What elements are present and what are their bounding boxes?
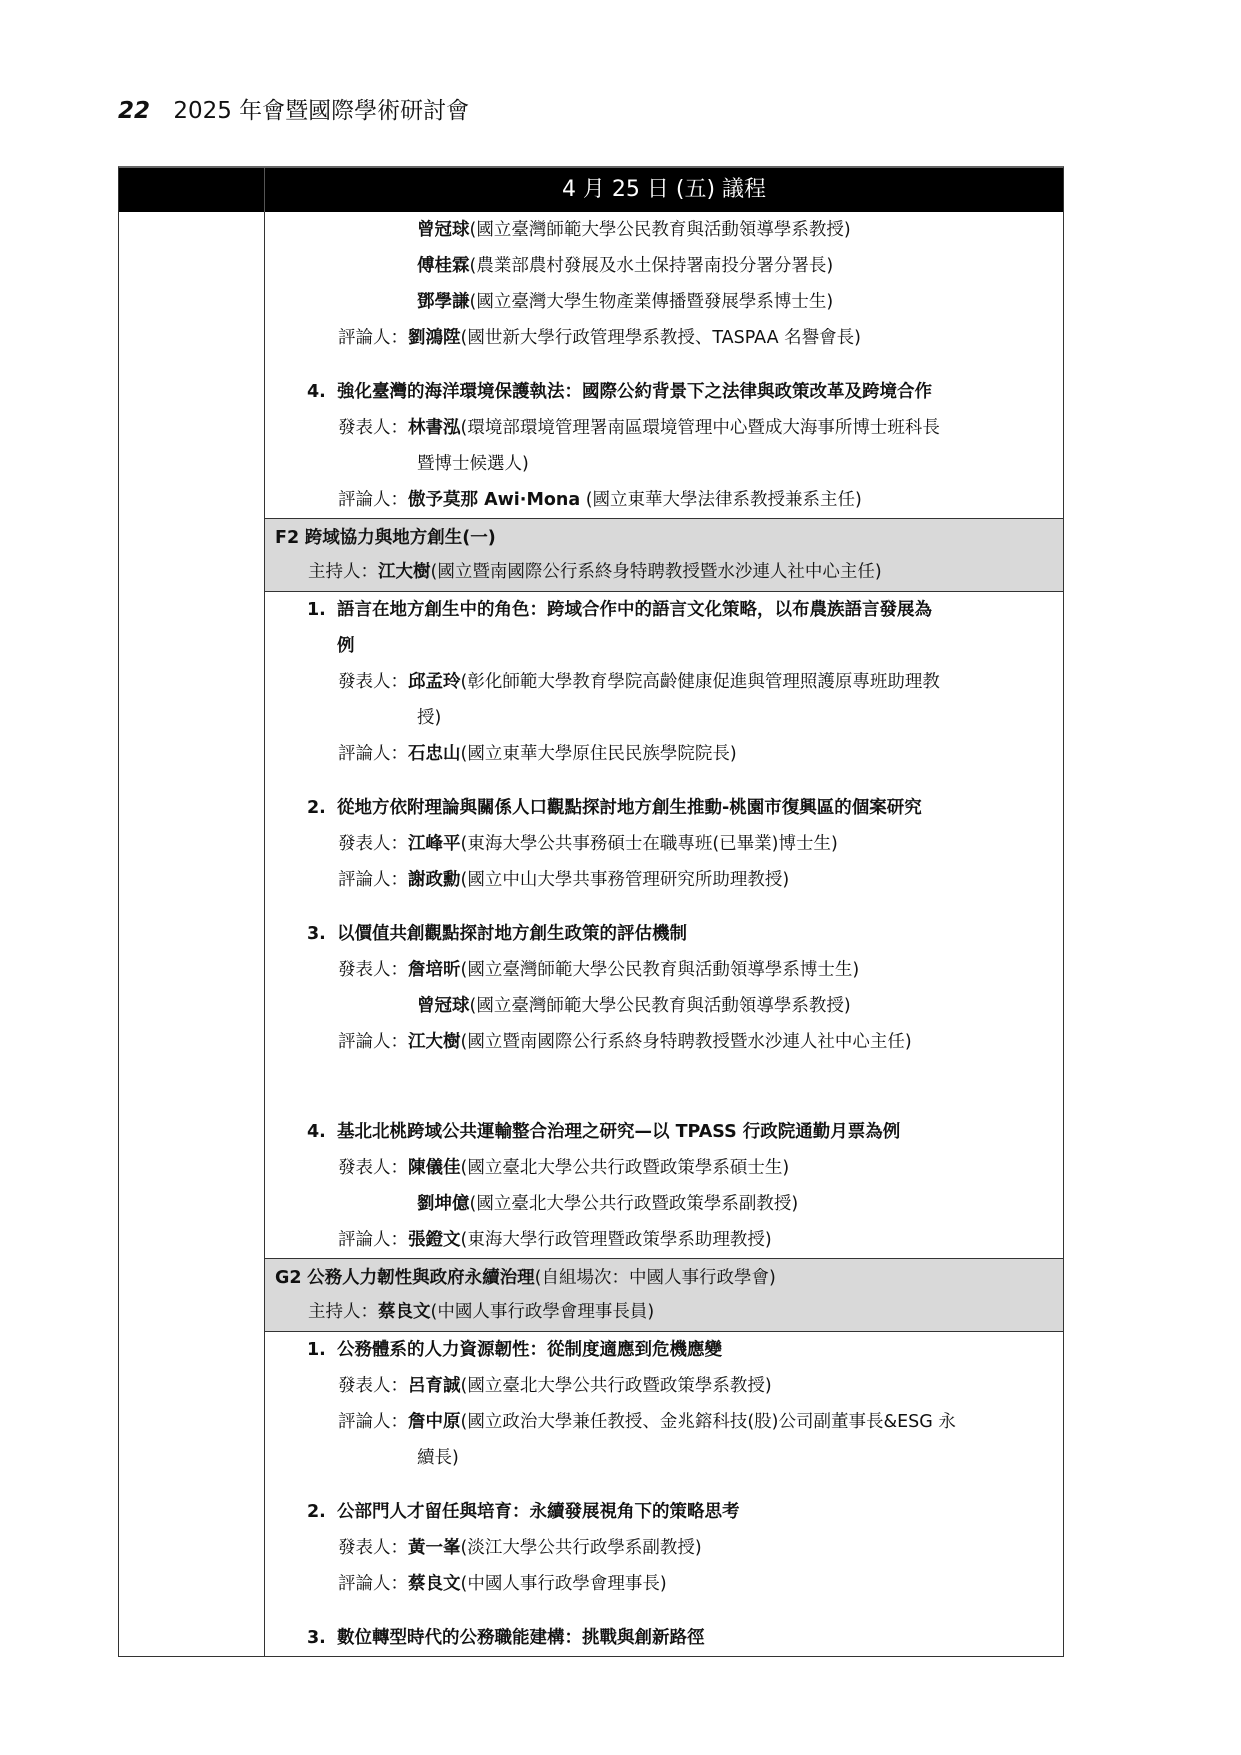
paper-title: 4.基北北桃跨域公共運輸整合治理之研究—以 TPASS 行政院通勤月票為例 (265, 1114, 1053, 1150)
presenter-affiliation: (國立臺北大學公共行政暨政策學系教授) (461, 1376, 772, 1396)
discussant-label: 評論人： (338, 1032, 408, 1052)
discussant-line: 評論人：蔡良文(中國人事行政學會理事長) (265, 1566, 1053, 1602)
discussant-affiliation: (國立東華大學法律系教授兼系主任) (580, 490, 862, 510)
discussant-affiliation: (中國人事行政學會理事長) (461, 1574, 667, 1594)
moderator-label: 主持人： (308, 1302, 378, 1322)
discussant-line: 評論人：江大樹(國立暨南國際公行系終身特聘教授暨水沙連人社中心主任) (265, 1024, 1053, 1060)
moderator-line: 主持人：江大樹(國立暨南國際公行系終身特聘教授暨水沙連人社中心主任) (275, 555, 1053, 589)
discussant-name: 蔡良文 (408, 1574, 461, 1594)
presenter-line: 發表人：林書泓(環境部環境管理署南區環境管理中心暨成大海事所博士班科長 (265, 410, 1053, 446)
paper-title-text: 公務體系的人力資源韌性：從制度適應到危機應變 (337, 1332, 722, 1368)
paper-number: 3. (307, 1620, 337, 1656)
paper-title: 3.以價值共創觀點探討地方創生政策的評估機制 (265, 916, 1053, 952)
paper-number: 3. (307, 916, 337, 952)
presenter-name: 黃一峯 (408, 1538, 461, 1558)
presenter-line: 傅桂霖(農業部農村發展及水土保持署南投分署分署長) (265, 248, 1053, 284)
presenter-line: 發表人：呂育誠(國立臺北大學公共行政暨政策學系教授) (265, 1368, 1053, 1404)
session-code: F2 (275, 528, 299, 548)
paper-number: 1. (307, 592, 337, 628)
presenter-name: 曾冠球 (417, 996, 470, 1016)
presenter-affiliation-cont: 暨博士候選人) (265, 446, 1053, 482)
paper-title: 4.強化臺灣的海洋環境保護執法：國際公約背景下之法律與政策改革及跨境合作 (265, 374, 1053, 410)
presenter-affiliation: (農業部農村發展及水土保持署南投分署分署長) (470, 256, 834, 276)
presenter-line: 發表人：黃一峯(淡江大學公共行政學系副教授) (265, 1530, 1053, 1566)
presenter-affiliation: (環境部環境管理署南區環境管理中心暨成大海事所博士班科長 (461, 418, 940, 438)
page-title: 2025 年會暨國際學術研討會 (173, 98, 469, 124)
presenter-name: 劉坤億 (417, 1194, 470, 1214)
discussant-line: 評論人：謝政勳(國立中山大學共事務管理研究所助理教授) (265, 862, 1053, 898)
session-code: G2 (275, 1268, 302, 1288)
session-papers-f2: 1.語言在地方創生中的角色：跨域合作中的語言文化策略，以布農族語言發展為 例 發… (265, 592, 1063, 1258)
presenter-line: 發表人：詹培昕(國立臺灣師範大學公民教育與活動領導學系博士生) (265, 952, 1053, 988)
presenter-affiliation-cont: 授) (265, 700, 1053, 736)
discussant-name: 江大樹 (408, 1032, 461, 1052)
paper-title: 2.公部門人才留任與培育：永續發展視角下的策略思考 (265, 1494, 1053, 1530)
session-header-f2: F2 跨域協力與地方創生(一) 主持人：江大樹(國立暨南國際公行系終身特聘教授暨… (265, 518, 1063, 592)
paper-title-text-cont: 例 (337, 628, 355, 664)
presenter-affiliation: (國立臺北大學公共行政暨政策學系副教授) (470, 1194, 799, 1214)
discussant-line: 評論人：張鐙文(東海大學行政管理暨政策學系助理教授) (265, 1222, 1053, 1258)
discussant-label: 評論人： (338, 328, 408, 348)
discussant-label: 評論人： (338, 870, 408, 890)
presenter-name: 詹培昕 (408, 960, 461, 980)
session-title: F2 跨域協力與地方創生(一) (275, 521, 1053, 555)
discussant-affiliation: (國立政治大學兼任教授、金兆鎔科技(股)公司副董事長&ESG 永 (461, 1412, 956, 1432)
discussant-affiliation: (國世新大學行政管理學系教授、TASPAA 名譽會長) (461, 328, 862, 348)
paper-number: 2. (307, 1494, 337, 1530)
moderator-label: 主持人： (308, 562, 378, 582)
discussant-name: 謝政勳 (408, 870, 461, 890)
paper-number: 2. (307, 790, 337, 826)
presenter-line: 發表人：江峰平(東海大學公共事務碩士在職專班(已畢業)博士生) (265, 826, 1053, 862)
discussant-label: 評論人： (338, 1412, 408, 1432)
discussant-affiliation-cont: 續長) (265, 1440, 1053, 1476)
page-header: 22 2025 年會暨國際學術研討會 (118, 96, 469, 126)
paper-number: 4. (307, 1114, 337, 1150)
discussant-name: 張鐙文 (408, 1230, 461, 1250)
moderator-affiliation: (中國人事行政學會理事長員) (431, 1302, 655, 1322)
discussant-label: 評論人： (338, 1574, 408, 1594)
presenter-affiliation: (東海大學公共事務碩士在職專班(已畢業)博士生) (461, 834, 838, 854)
presenter-line: 鄧學謙(國立臺灣大學生物產業傳播暨發展學系博士生) (265, 284, 1053, 320)
time-column-header (119, 168, 265, 212)
discussant-affiliation: (東海大學行政管理暨政策學系助理教授) (461, 1230, 772, 1250)
presenter-label: 發表人： (338, 834, 408, 854)
paper-title-text: 從地方依附理論與關係人口觀點探討地方創生推動-桃園市復興區的個案研究 (337, 790, 922, 826)
discussant-name: 劉鴻陞 (408, 328, 461, 348)
paper-title-text: 語言在地方創生中的角色：跨域合作中的語言文化策略，以布農族語言發展為 (337, 592, 932, 628)
paper-title-text: 以價值共創觀點探討地方創生政策的評估機制 (337, 916, 687, 952)
presenter-name: 邱孟玲 (408, 672, 461, 692)
session-title: G2 公務人力韌性與政府永續治理(自組場次：中國人事行政學會) (275, 1261, 1053, 1295)
session-title-suffix: (自組場次：中國人事行政學會) (535, 1268, 776, 1288)
presenter-line: 發表人：邱孟玲(彰化師範大學教育學院高齡健康促進與管理照護原專班助理教 (265, 664, 1053, 700)
presenter-line: 曾冠球(國立臺灣師範大學公民教育與活動領導學系教授) (265, 212, 1053, 248)
moderator-name: 江大樹 (378, 562, 431, 582)
paper-title-text: 基北北桃跨域公共運輸整合治理之研究—以 TPASS 行政院通勤月票為例 (337, 1114, 900, 1150)
presenter-line: 劉坤億(國立臺北大學公共行政暨政策學系副教授) (265, 1186, 1053, 1222)
presenter-affiliation: (國立臺北大學公共行政暨政策學系碩士生) (461, 1158, 790, 1178)
presenter-label: 發表人： (338, 1538, 408, 1558)
presenter-name: 林書泓 (408, 418, 461, 438)
presenter-name: 呂育誠 (408, 1376, 461, 1396)
paper-title: 1.語言在地方創生中的角色：跨域合作中的語言文化策略，以布農族語言發展為 (265, 592, 1053, 628)
presenter-affiliation: (國立臺灣師範大學公民教育與活動領導學系教授) (470, 220, 851, 240)
agenda-table: 4 月 25 日 (五) 議程 曾冠球(國立臺灣師範大學公民教育與活動領導學系教… (118, 166, 1064, 1657)
agenda-header-row: 4 月 25 日 (五) 議程 (119, 168, 1063, 212)
discussant-line: 評論人：詹中原(國立政治大學兼任教授、金兆鎔科技(股)公司副董事長&ESG 永 (265, 1404, 1053, 1440)
session-title-text: 公務人力韌性與政府永續治理 (307, 1268, 535, 1288)
presenter-name: 曾冠球 (417, 220, 470, 240)
discussant-affiliation: (國立暨南國際公行系終身特聘教授暨水沙連人社中心主任) (461, 1032, 912, 1052)
presenter-affiliation: (淡江大學公共行政學系副教授) (461, 1538, 702, 1558)
discussant-name: 傲予莫那 Awi·Mona (408, 490, 580, 510)
paper-title-cont: 例 (265, 628, 1053, 664)
continued-session-block: 曾冠球(國立臺灣師範大學公民教育與活動領導學系教授) 傅桂霖(農業部農村發展及水… (265, 212, 1063, 518)
discussant-name: 詹中原 (408, 1412, 461, 1432)
presenter-label: 發表人： (338, 418, 408, 438)
presenter-affiliation: (國立臺灣大學生物產業傳播暨發展學系博士生) (470, 292, 834, 312)
moderator-affiliation: (國立暨南國際公行系終身特聘教授暨水沙連人社中心主任) (431, 562, 882, 582)
discussant-label: 評論人： (338, 744, 408, 764)
presenter-label: 發表人： (338, 1158, 408, 1178)
discussant-affiliation: (國立中山大學共事務管理研究所助理教授) (461, 870, 790, 890)
time-column (119, 212, 265, 1656)
paper-title: 1.公務體系的人力資源韌性：從制度適應到危機應變 (265, 1332, 1053, 1368)
content-column: 曾冠球(國立臺灣師範大學公民教育與活動領導學系教授) 傅桂霖(農業部農村發展及水… (265, 212, 1063, 1656)
moderator-name: 蔡良文 (378, 1302, 431, 1322)
presenter-label: 發表人： (338, 1376, 408, 1396)
discussant-affiliation: (國立東華大學原住民民族學院院長) (461, 744, 737, 764)
presenter-name: 鄧學謙 (417, 292, 470, 312)
presenter-line: 曾冠球(國立臺灣師範大學公民教育與活動領導學系教授) (265, 988, 1053, 1024)
presenter-label: 發表人： (338, 960, 408, 980)
session-papers-g2: 1.公務體系的人力資源韌性：從制度適應到危機應變 發表人：呂育誠(國立臺北大學公… (265, 1332, 1063, 1656)
presenter-affiliation: (國立臺灣師範大學公民教育與活動領導學系博士生) (461, 960, 860, 980)
presenter-name: 傅桂霖 (417, 256, 470, 276)
presenter-name: 江峰平 (408, 834, 461, 854)
discussant-label: 評論人： (338, 1230, 408, 1250)
paper-number: 1. (307, 1332, 337, 1368)
presenter-affiliation: (彰化師範大學教育學院高齡健康促進與管理照護原專班助理教 (461, 672, 940, 692)
discussant-line: 評論人：劉鴻陞(國世新大學行政管理學系教授、TASPAA 名譽會長) (265, 320, 1053, 356)
discussant-line: 評論人：傲予莫那 Awi·Mona (國立東華大學法律系教授兼系主任) (265, 482, 1053, 518)
page-number: 22 (118, 98, 150, 124)
discussant-line: 評論人：石忠山(國立東華大學原住民民族學院院長) (265, 736, 1053, 772)
paper-title-text: 數位轉型時代的公務職能建構：挑戰與創新路徑 (337, 1620, 705, 1656)
discussant-name: 石忠山 (408, 744, 461, 764)
session-title-text: 跨域協力與地方創生(一) (305, 528, 496, 548)
paper-title-text: 公部門人才留任與培育：永續發展視角下的策略思考 (337, 1494, 740, 1530)
moderator-line: 主持人：蔡良文(中國人事行政學會理事長員) (275, 1295, 1053, 1329)
paper-title: 3.數位轉型時代的公務職能建構：挑戰與創新路徑 (265, 1620, 1053, 1656)
discussant-label: 評論人： (338, 490, 408, 510)
paper-title: 2.從地方依附理論與關係人口觀點探討地方創生推動-桃園市復興區的個案研究 (265, 790, 1053, 826)
agenda-date-heading: 4 月 25 日 (五) 議程 (265, 168, 1063, 212)
presenter-line: 發表人：陳儀佳(國立臺北大學公共行政暨政策學系碩士生) (265, 1150, 1053, 1186)
agenda-body: 曾冠球(國立臺灣師範大學公民教育與活動領導學系教授) 傅桂霖(農業部農村發展及水… (119, 212, 1063, 1656)
presenter-name: 陳儀佳 (408, 1158, 461, 1178)
session-header-g2: G2 公務人力韌性與政府永續治理(自組場次：中國人事行政學會) 主持人：蔡良文(… (265, 1258, 1063, 1332)
presenter-affiliation: (國立臺灣師範大學公民教育與活動領導學系教授) (470, 996, 851, 1016)
presenter-label: 發表人： (338, 672, 408, 692)
paper-number: 4. (307, 374, 337, 410)
paper-title-text: 強化臺灣的海洋環境保護執法：國際公約背景下之法律與政策改革及跨境合作 (337, 374, 932, 410)
